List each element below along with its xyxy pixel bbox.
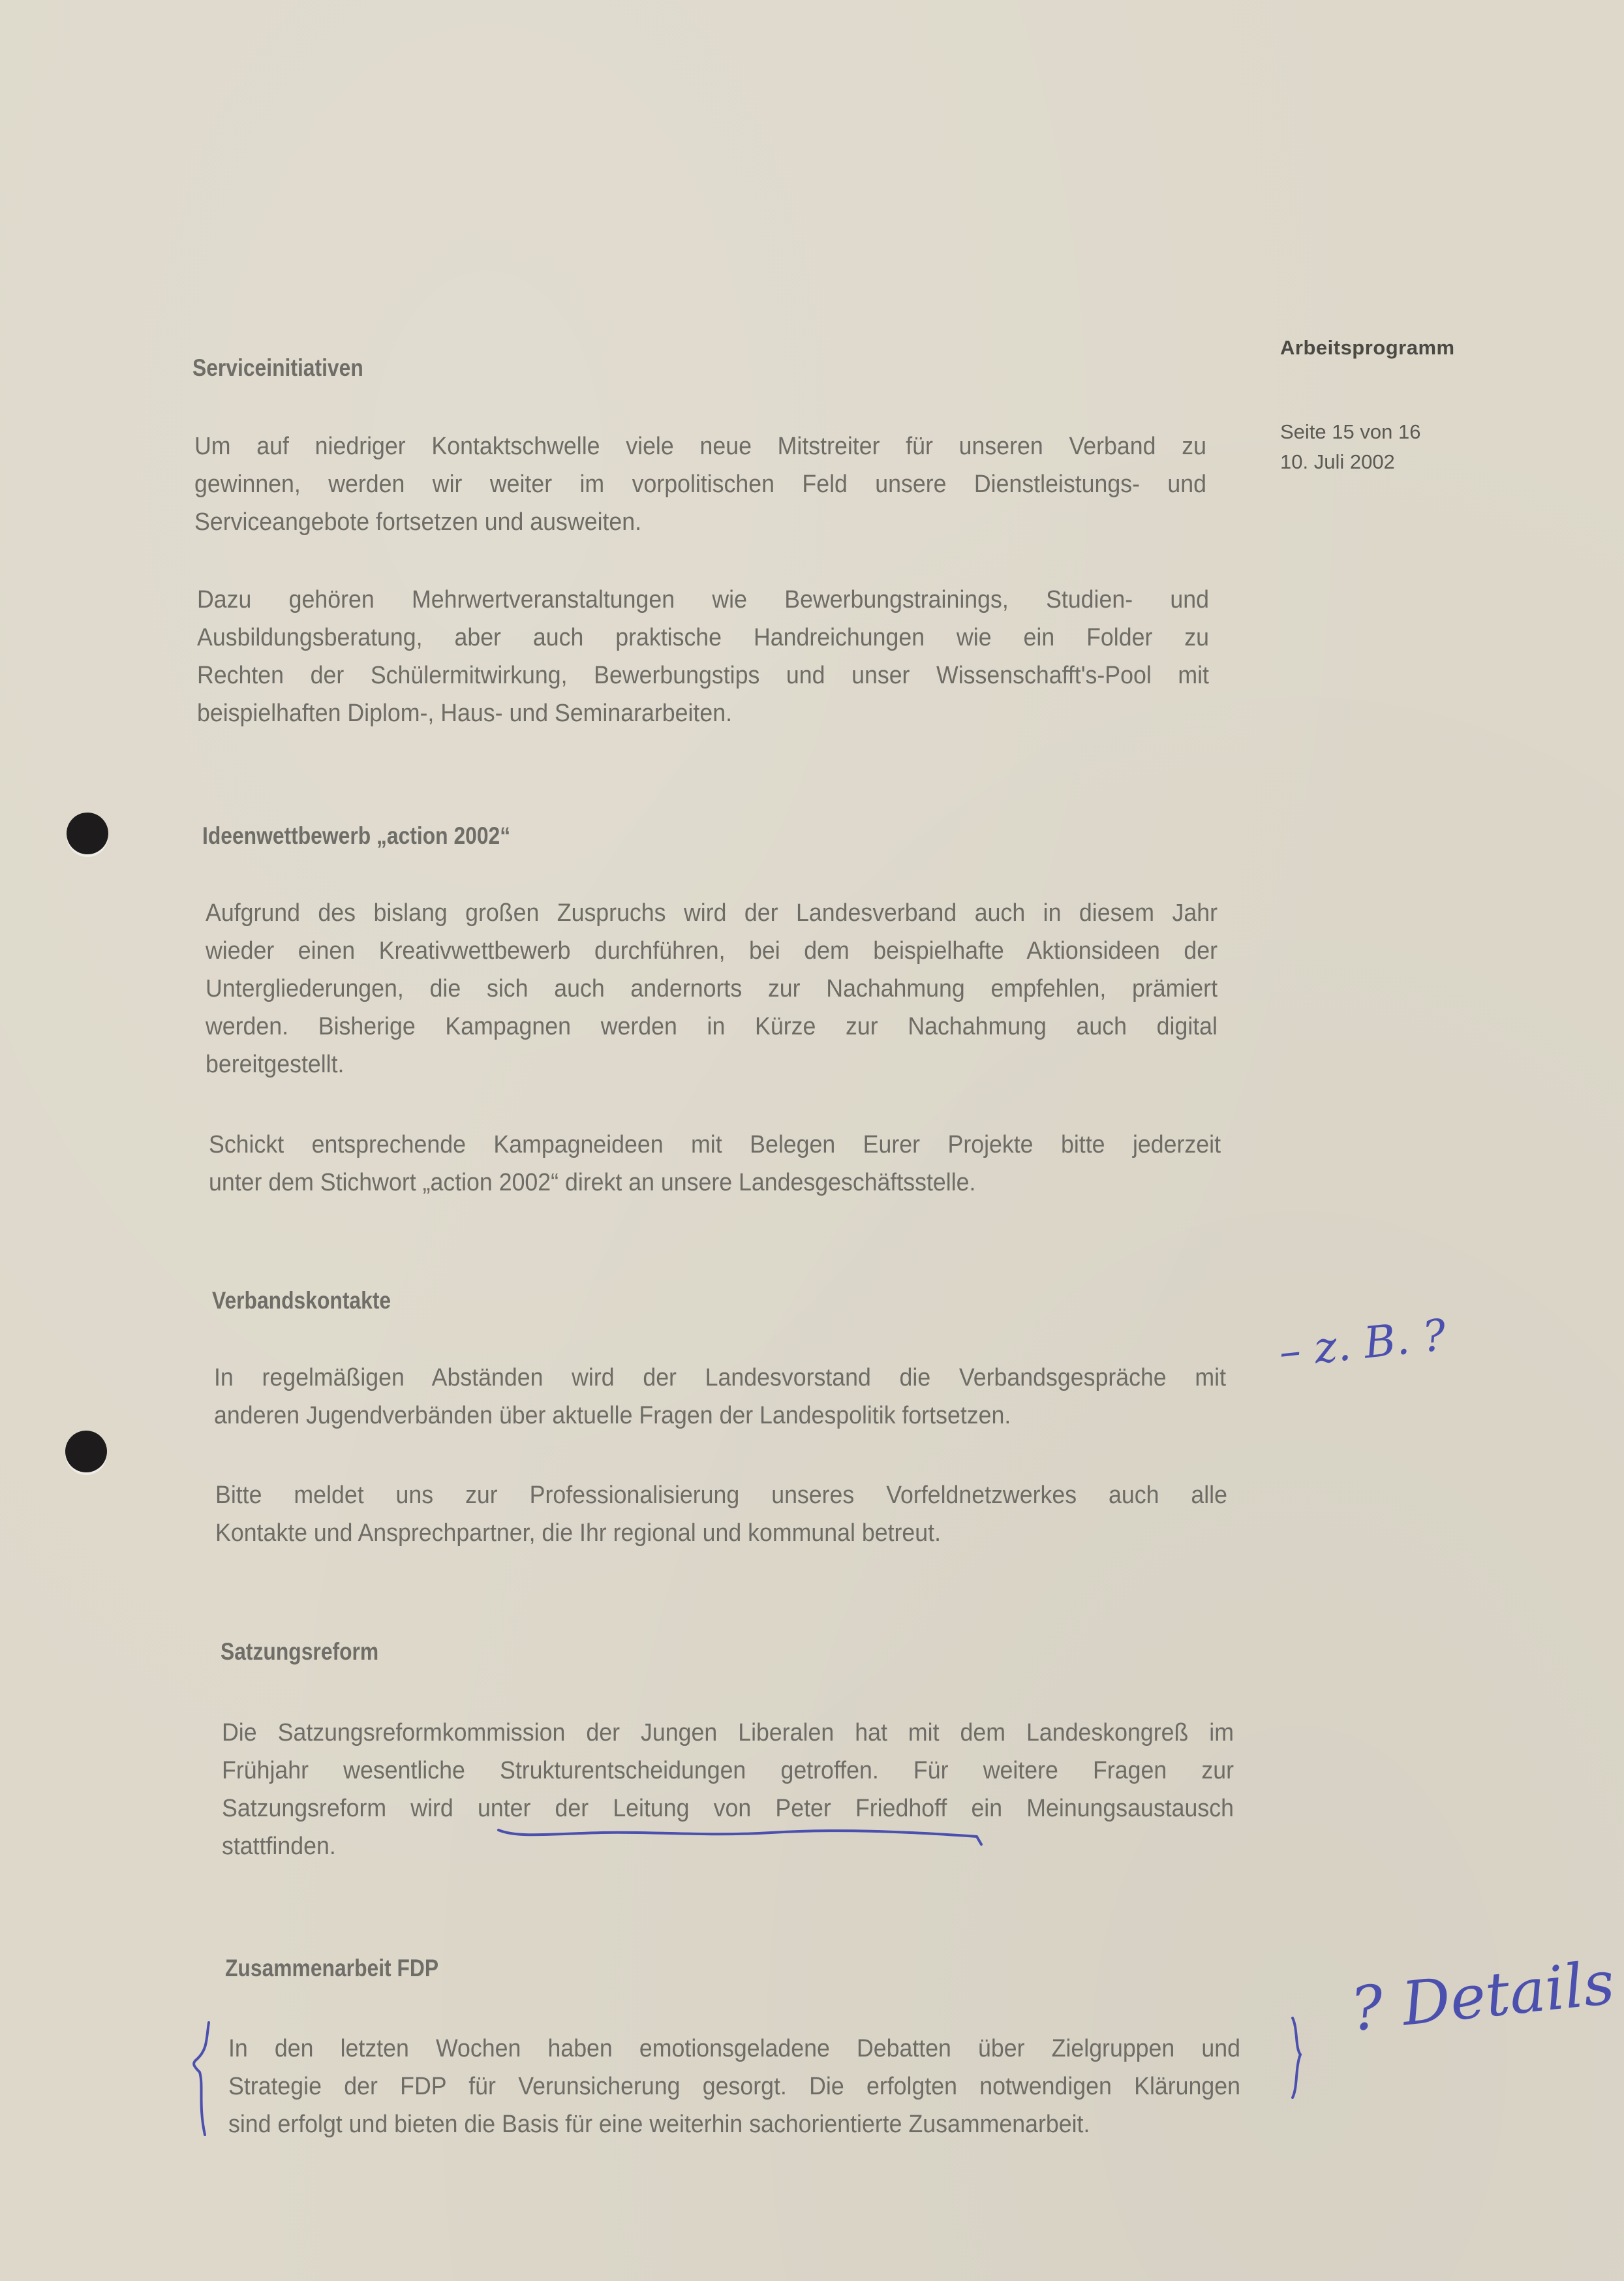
document-date: 10. Juli 2002 (1280, 447, 1455, 477)
section-heading-satzungsreform: Satzungsreform (221, 1638, 378, 1666)
text-line: Ausbildungsberatung, aber auch praktisch… (197, 619, 1209, 657)
paragraph: Schickt entsprechende Kampagneideen mit … (209, 1126, 1221, 1202)
section-heading-serviceinitiativen: Serviceinitiativen (192, 354, 363, 382)
paragraph: Bitte meldet uns zur Professionalisierun… (215, 1476, 1227, 1552)
punch-hole-top (67, 813, 108, 854)
text-line: bereitgestellt. (206, 1046, 1218, 1083)
page-number: Seite 15 von 16 (1280, 417, 1455, 447)
punch-hole-bottom (65, 1431, 107, 1472)
text-line: Serviceangebote fortsetzen und ausweiten… (194, 503, 1206, 541)
text-line: Strategie der FDP für Verunsicherung ges… (228, 2068, 1240, 2105)
text-line: Rechten der Schülermitwirkung, Bewerbung… (197, 657, 1209, 694)
text-line: Schickt entsprechende Kampagneideen mit … (209, 1126, 1221, 1164)
paragraph: In regelmäßigen Abständen wird der Lande… (214, 1359, 1226, 1435)
text-line: In den letzten Wochen haben emotionsgela… (228, 2030, 1240, 2068)
text-line: beispielhaften Diplom-, Haus- und Semina… (197, 694, 1209, 732)
text-line: anderen Jugendverbänden über aktuelle Fr… (214, 1397, 1226, 1435)
handwritten-left-brace (189, 2020, 215, 2137)
section-heading-zusammenarbeit-fdp: Zusammenarbeit FDP (225, 1955, 438, 1982)
text-line: gewinnen, werden wir weiter im vorpoliti… (194, 465, 1206, 503)
text-line: unter dem Stichwort „action 2002“ direkt… (209, 1164, 1221, 1202)
text-line: Frühjahr wesentliche Strukturentscheidun… (222, 1752, 1234, 1790)
text-line: Untergliederungen, die sich auch anderno… (206, 970, 1218, 1008)
handwritten-underline (497, 1827, 985, 1847)
document-header: Arbeitsprogramm Seite 15 von 16 10. Juli… (1280, 336, 1455, 477)
text-line: Satzungsreform wird unter der Leitung vo… (222, 1790, 1234, 1827)
text-line: Dazu gehören Mehrwertveranstaltungen wie… (197, 581, 1209, 619)
handwritten-right-brace (1289, 2015, 1308, 2100)
text-line: werden. Bisherige Kampagnen werden in Kü… (206, 1008, 1218, 1046)
text-line: Kontakte und Ansprechpartner, die Ihr re… (215, 1514, 1227, 1552)
paragraph: Dazu gehören Mehrwertveranstaltungen wie… (197, 581, 1209, 732)
text-line: Bitte meldet uns zur Professionalisierun… (215, 1476, 1227, 1514)
text-line: Die Satzungsreformkommission der Jungen … (222, 1714, 1234, 1752)
paragraph: Um auf niedriger Kontaktschwelle viele n… (194, 427, 1206, 541)
text-line: Aufgrund des bislang großen Zuspruchs wi… (206, 894, 1218, 932)
section-heading-verbandskontakte: Verbandskontakte (212, 1287, 391, 1314)
text-line: Um auf niedriger Kontaktschwelle viele n… (194, 427, 1206, 465)
paragraph: In den letzten Wochen haben emotionsgela… (228, 2030, 1240, 2143)
paragraph: Aufgrund des bislang großen Zuspruchs wi… (206, 894, 1218, 1083)
text-line: sind erfolgt und bieten die Basis für ei… (228, 2105, 1240, 2143)
text-line: In regelmäßigen Abständen wird der Lande… (214, 1359, 1226, 1397)
section-heading-ideenwettbewerb: Ideenwettbewerb „action 2002“ (202, 822, 510, 850)
document-title: Arbeitsprogramm (1280, 336, 1455, 360)
text-line: wieder einen Kreativwettbewerb durchführ… (206, 932, 1218, 970)
